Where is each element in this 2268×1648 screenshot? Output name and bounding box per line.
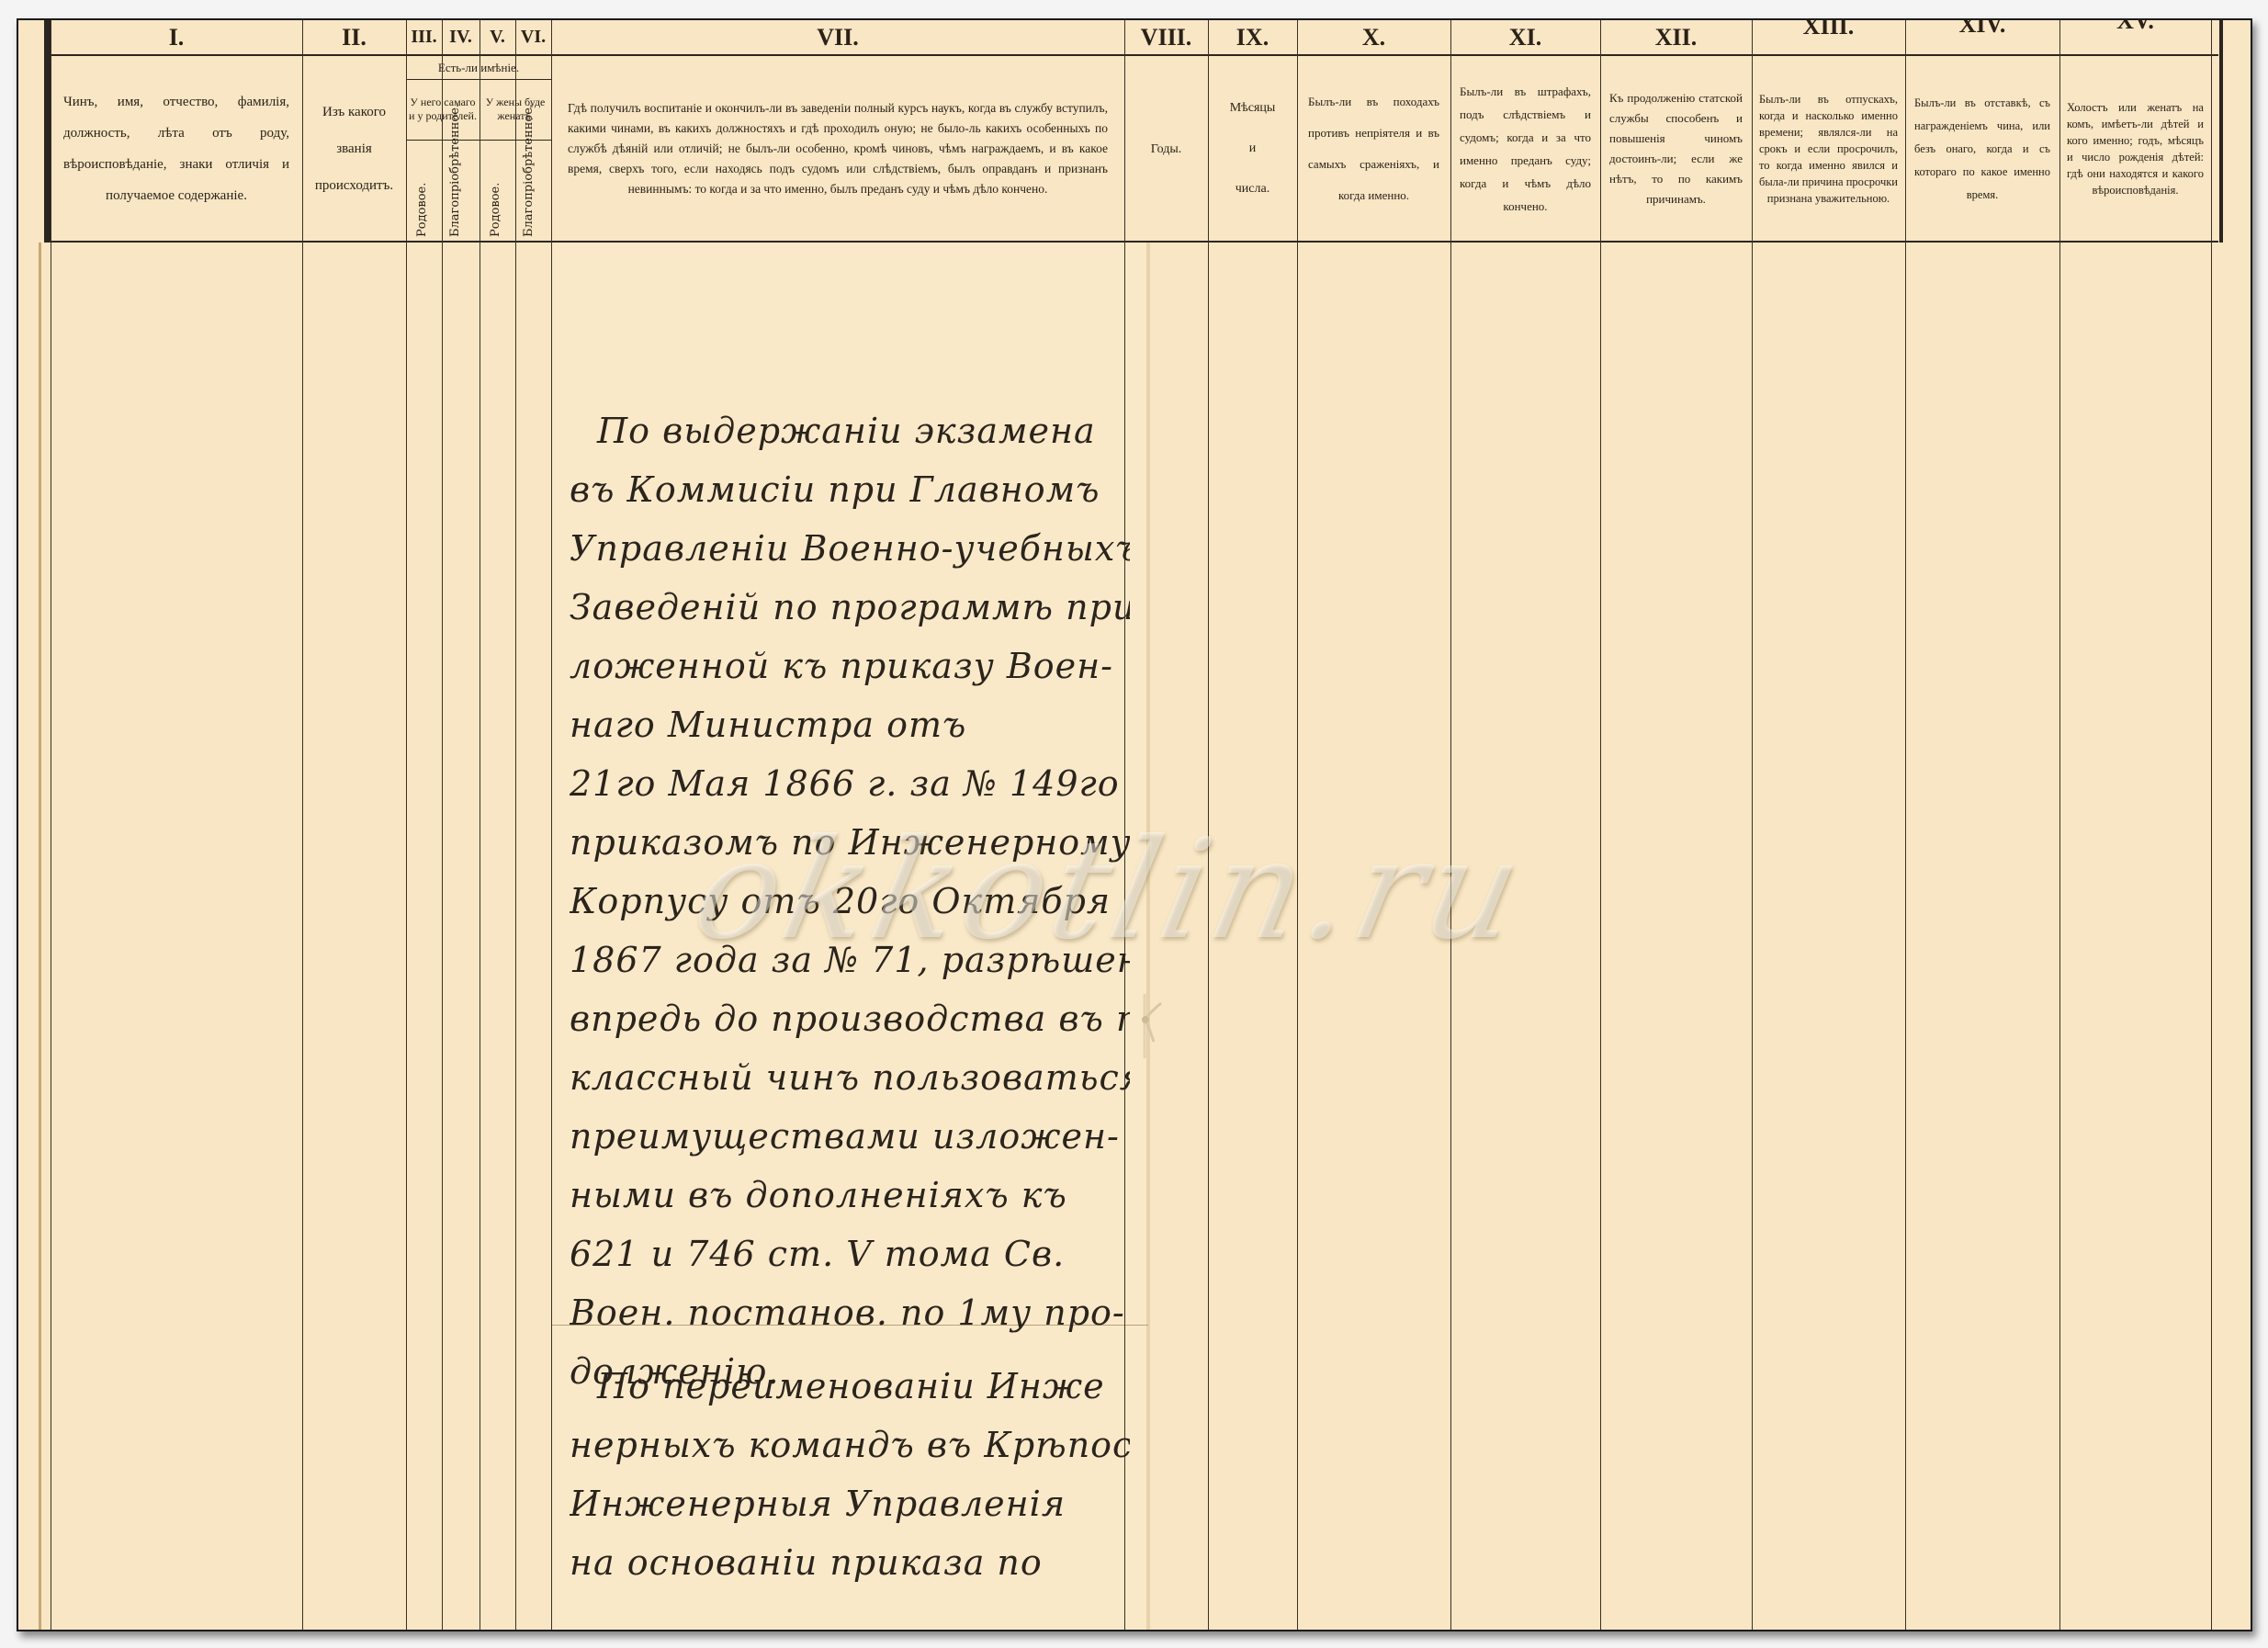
col-header-iv: Благопріобрѣтенное.: [448, 143, 476, 237]
watermark: okkotlin.ru: [682, 810, 1540, 970]
col-numeral-vii: VII.: [551, 20, 1124, 54]
col-rule: [51, 20, 51, 1630]
header-bottom-rule: [51, 241, 2218, 243]
col-header-xiii: Былъ-ли въ отпускахъ, когда и насколько …: [1752, 57, 1905, 241]
col-rule: [480, 140, 480, 1630]
col-rule: [551, 20, 552, 1630]
col-numeral-xiv: XIV.: [1905, 18, 2059, 41]
col-numeral-xi: XI.: [1450, 20, 1600, 54]
binding-strip: [39, 243, 41, 1630]
hand-line: ными въ дополненіяхъ къ: [570, 1166, 1130, 1225]
hand-line: на основаніи приказа по: [570, 1533, 1130, 1592]
hand-line: 621 и 746 ст. V тома Св.: [570, 1225, 1130, 1283]
col-header-iii: Родовое.: [415, 149, 429, 237]
estate-wife-label: У жены буде женатъ.: [480, 79, 551, 140]
col-header-v: Родовое.: [489, 149, 502, 237]
col-header-vi: Благопріобрѣтенное.: [522, 143, 549, 237]
hand-line: нерныхъ командъ въ Крѣпостныя: [570, 1416, 1130, 1474]
col-header-ix-line: числа.: [1236, 169, 1269, 209]
col-rule: [406, 20, 407, 1630]
hand-line: Инженерныя Управленія: [570, 1474, 1130, 1533]
col-rule: [1905, 20, 1906, 1630]
col-numeral-xiii: XIII.: [1752, 18, 1905, 43]
col-rule: [2059, 20, 2060, 1630]
hand-line: ложенной къ приказу Воен-: [570, 637, 1130, 695]
col-header-xv: Холостъ или женатъ на комъ, имѣетъ-ли дѣ…: [2059, 57, 2211, 241]
hand-line: Воен. постанов. по 1му про-: [570, 1283, 1130, 1342]
col-numeral-xii: XII.: [1600, 20, 1752, 54]
hand-line: Заведеній по программѣ при: [570, 578, 1130, 637]
document-sheet: I. II. III. IV. V. VI. VII. VIII. IX. X.…: [17, 18, 2252, 1631]
hand-line: впредь до производства въ первый: [570, 989, 1130, 1048]
header-numeral-rule: [51, 54, 2218, 56]
col-rule: [2211, 20, 2212, 1630]
hand-line: Управленіи Военно-учебныхъ: [570, 519, 1130, 578]
col-header-ix: Мѣсяцы и числа.: [1208, 57, 1297, 241]
hand-line: 21го Мая 1866 г. за № 149го: [570, 754, 1130, 813]
hand-line: преимуществами изложен-: [570, 1107, 1130, 1166]
col-header-viii: Годы.: [1124, 57, 1208, 241]
col-numeral-iii: III.: [406, 20, 442, 54]
col-header-xiv: Былъ-ли въ отставкѣ, съ награжденіемъ чи…: [1905, 57, 2059, 241]
col-numeral-viii: VIII.: [1124, 20, 1208, 54]
handwritten-entry-2: По переименованіи Инже нерныхъ командъ в…: [570, 1357, 1130, 1592]
col-numeral-vi: VI.: [515, 20, 551, 54]
hand-line: классный чинъ пользоваться: [570, 1048, 1130, 1107]
col-header-i: Чинъ, имя, отчество, фамилія, должность,…: [51, 57, 302, 241]
binding-edge: [44, 20, 51, 243]
col-numeral-i: I.: [51, 20, 302, 54]
col-rule: [1600, 20, 1601, 1630]
col-numeral-iv: IV.: [442, 20, 480, 54]
binding-thread-icon: [1139, 994, 1165, 1058]
estate-group-title: Есть-ли имѣніе.: [406, 57, 551, 79]
col-numeral-ix: IX.: [1208, 20, 1297, 54]
col-header-ix-line: Мѣсяцы: [1230, 88, 1276, 129]
col-rule: [1752, 20, 1753, 1630]
col-header-x: Былъ-ли въ походахъ противъ непріятеля и…: [1297, 57, 1450, 241]
col-header-vii: Гдѣ получилъ воспитаніе и окончилъ-ли въ…: [551, 57, 1124, 241]
hand-line: наго Министра отъ: [570, 695, 1130, 754]
col-header-ii: Изъ какого званія происходитъ.: [302, 57, 406, 241]
col-numeral-xv: XV.: [2059, 18, 2211, 38]
col-numeral-x: X.: [1297, 20, 1450, 54]
estate-self-label: У него самаго и у родителей.: [406, 79, 480, 140]
hand-line: По переименованіи Инже: [570, 1357, 1130, 1416]
col-rule: [515, 20, 516, 1630]
hand-line: По выдержаніи экзамена: [570, 401, 1130, 460]
col-header-xi: Былъ-ли въ штрафахъ, подъ слѣдствіемъ и …: [1450, 57, 1600, 241]
col-rule: [302, 20, 303, 1630]
col-numeral-ii: II.: [302, 20, 406, 54]
hand-line: въ Коммисіи при Главномъ: [570, 460, 1130, 519]
col-header-xii: Къ продолженію статской службы способенъ…: [1600, 57, 1752, 241]
col-header-ix-line: и: [1249, 129, 1257, 169]
col-rule: [442, 20, 443, 1630]
right-binding-rule: [2219, 20, 2223, 243]
col-numeral-v: V.: [480, 20, 515, 54]
